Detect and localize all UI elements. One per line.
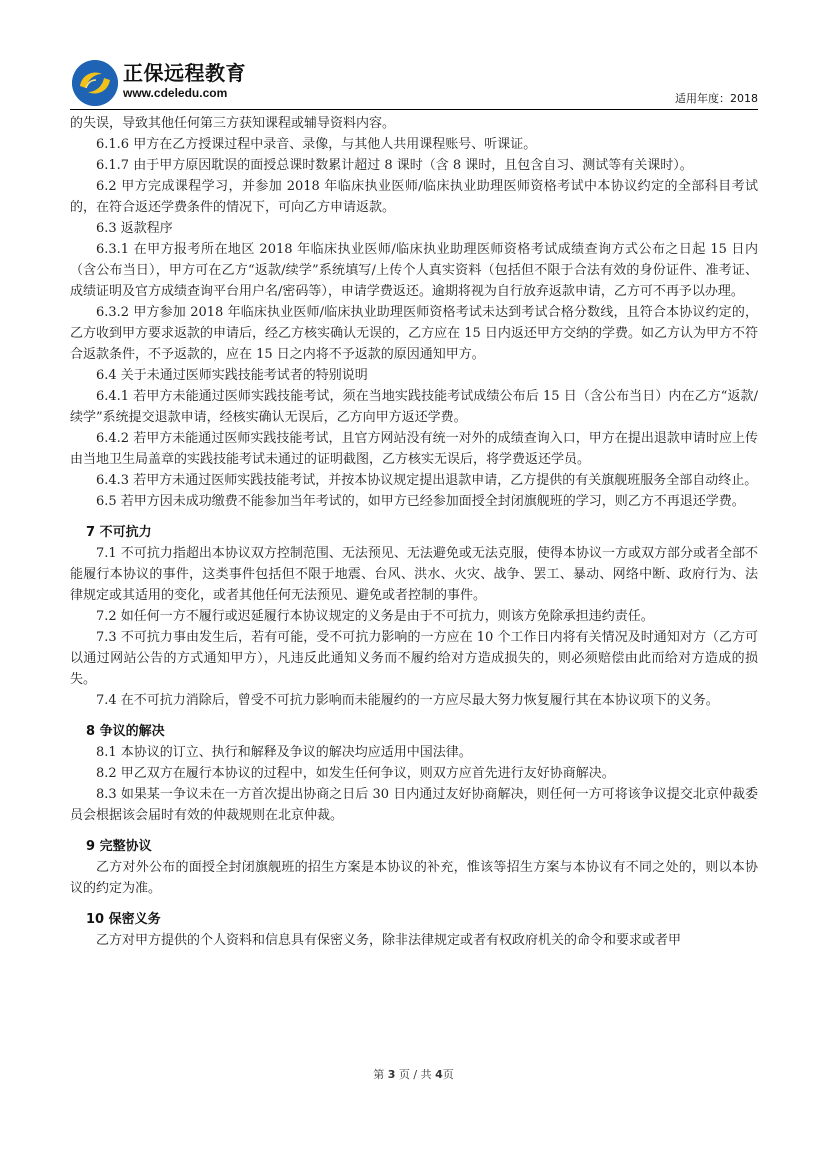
footer-suffix: 页 — [443, 1068, 454, 1081]
paragraph: 乙方对甲方提供的个人资料和信息具有保密义务，除非法律规定或者有权政府机关的命令和… — [70, 930, 758, 951]
logo-name: 正保远程教育 — [123, 62, 246, 84]
paragraph: 6.4.1 若甲方未能通过医师实践技能考试，须在当地实践技能考试成绩公布后 15… — [70, 386, 758, 428]
logo-swirl-icon — [72, 60, 118, 106]
paragraph: 6.2 甲方完成课程学习，并参加 2018 年临床执业医师/临床执业助理医师资格… — [70, 176, 758, 218]
paragraph: 6.1.7 由于甲方原因耽误的面授总课时数累计超过 8 课时（含 8 课时，且包… — [70, 155, 758, 176]
paragraph: 6.1.6 甲方在乙方授课过程中录音、录像，与其他人共用课程账号、听课证。 — [70, 134, 758, 155]
paragraph: 6.4.2 若甲方未能通过医师实践技能考试，且官方网站没有统一对外的成绩查询入口… — [70, 428, 758, 470]
logo-icon — [72, 60, 118, 106]
current-page-number: 3 — [388, 1068, 396, 1081]
paragraph: 6.4.3 若甲方未通过医师实践技能考试，并按本协议规定提出退款申请，乙方提供的… — [70, 470, 758, 491]
page-footer: 第 3 页 / 共 4页 — [0, 1066, 827, 1082]
paragraph: 7.1 不可抗力指超出本协议双方控制范围、无法预见、无法避免或无法克服，使得本协… — [70, 543, 758, 606]
total-pages-number: 4 — [435, 1068, 443, 1081]
paragraph: 6.4 关于未通过医师实践技能考试者的特别说明 — [70, 365, 758, 386]
paragraph: 8.1 本协议的订立、执行和解释及争议的解决均应适用中国法律。 — [70, 742, 758, 763]
page-header: 正保远程教育 www.cdeledu.com 适用年度：2018 — [70, 58, 758, 108]
paragraph: 6.3.2 甲方参加 2018 年临床执业医师/临床执业助理医师资格考试未达到考… — [70, 302, 758, 365]
footer-middle: 页 / 共 — [399, 1068, 432, 1081]
section-heading: 8 争议的解决 — [70, 721, 758, 742]
header-divider — [70, 109, 758, 110]
applicable-year: 适用年度：2018 — [675, 92, 758, 106]
paragraph: 的失误，导致其他任何第三方获知课程或辅导资料内容。 — [70, 113, 758, 134]
paragraph: 8.3 如果某一争议未在一方首次提出协商之日后 30 日内通过友好协商解决，则任… — [70, 784, 758, 826]
paragraph: 6.3.1 在甲方报考所在地区 2018 年临床执业医师/临床执业助理医师资格考… — [70, 239, 758, 302]
paragraph: 7.2 如任何一方不履行或迟延履行本协议规定的义务是由于不可抗力，则该方免除承担… — [70, 606, 758, 627]
paragraph: 乙方对外公布的面授全封闭旗舰班的招生方案是本协议的补充，惟该等招生方案与本协议有… — [70, 857, 758, 899]
logo-url: www.cdeledu.com — [123, 86, 227, 100]
document-page: 正保远程教育 www.cdeledu.com 适用年度：2018 的失误，导致其… — [0, 0, 827, 1169]
section-heading: 9 完整协议 — [70, 836, 758, 857]
footer-prefix: 第 — [373, 1068, 384, 1081]
section-heading: 7 不可抗力 — [70, 522, 758, 543]
paragraph: 7.3 不可抗力事由发生后，若有可能，受不可抗力影响的一方应在 10 个工作日内… — [70, 627, 758, 690]
paragraph: 8.2 甲乙双方在履行本协议的过程中，如发生任何争议，则双方应首先进行友好协商解… — [70, 763, 758, 784]
paragraph: 6.5 若甲方因未成功缴费不能参加当年考试的，如甲方已经参加面授全封闭旗舰班的学… — [70, 491, 758, 512]
paragraph: 6.3 返款程序 — [70, 218, 758, 239]
paragraph: 7.4 在不可抗力消除后，曾受不可抗力影响而未能履约的一方应尽最大努力恢复履行其… — [70, 690, 758, 711]
section-heading: 10 保密义务 — [70, 909, 758, 930]
document-body: 的失误，导致其他任何第三方获知课程或辅导资料内容。 6.1.6 甲方在乙方授课过… — [70, 113, 758, 951]
